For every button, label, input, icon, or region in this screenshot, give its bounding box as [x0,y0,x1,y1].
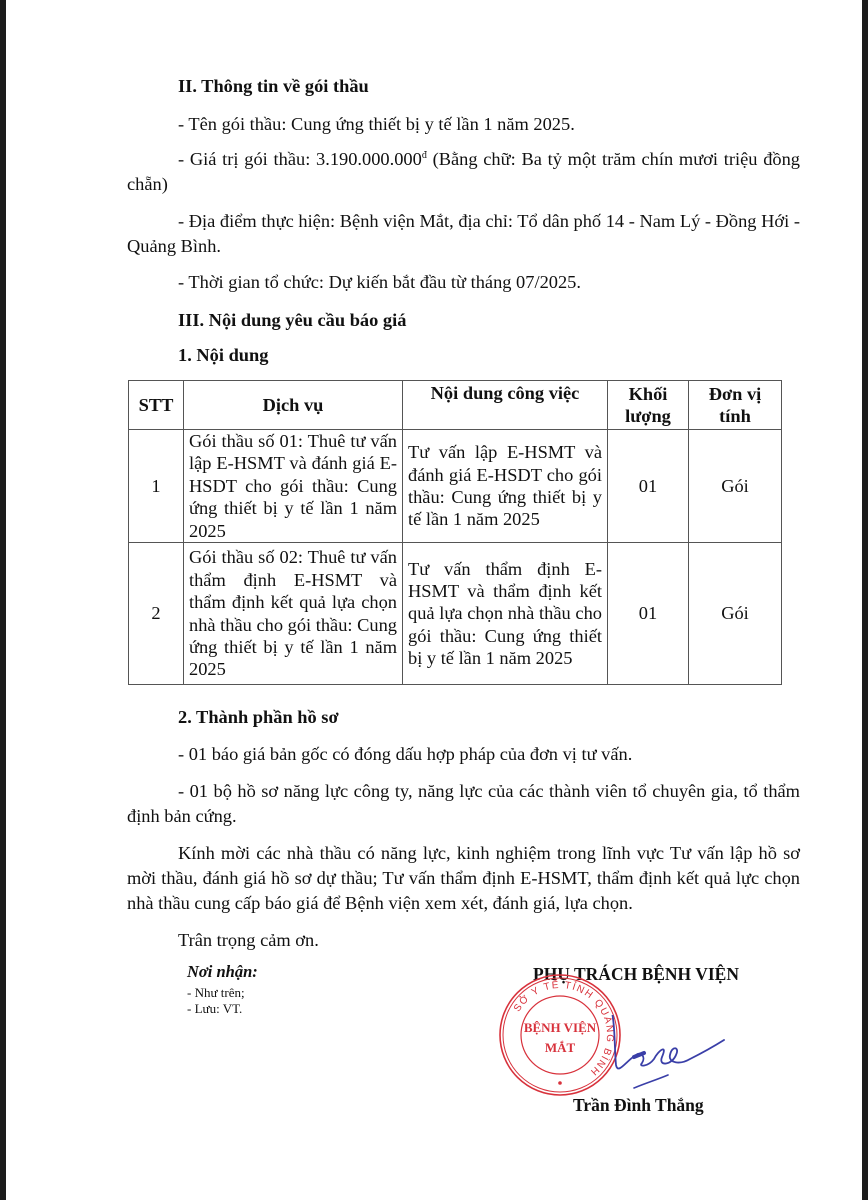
document-page: II. Thông tin về gói thầu - Tên gói thầu… [6,0,862,1200]
implementation-location: - Địa điểm thực hiện: Bệnh viện Mắt, địa… [127,209,800,259]
package-value: - Giá trị gói thầu: 3.190.000.000đ (Bằng… [127,147,800,197]
cell-service: Gói thầu số 02: Thuê tư vấn thẩm định E-… [184,543,403,685]
recipients-label: Nơi nhận: [187,962,258,982]
cell-unit: Gói [689,543,782,685]
section-3-heading: III. Nội dung yêu cầu báo giá [178,308,406,333]
hospital-stamp-icon: SỞ Y TẾ TỈNH QUẢNG BÌNH BỆNH VIỆN MẮT [496,972,624,1098]
stamp-center-line1: BỆNH VIỆN [524,1020,597,1035]
cell-unit: Gói [689,430,782,543]
header-unit: Đơn vị tính [689,381,782,430]
recipient-item: - Như trên; [187,985,245,1001]
cell-quantity: 01 [608,430,689,543]
header-stt: STT [129,381,184,430]
cell-content: Tư vấn thẩm định E-HSMT và thẩm định kết… [403,543,608,685]
cell-quantity: 01 [608,543,689,685]
services-table: STT Dịch vụ Nội dung công việc Khối lượn… [128,380,782,685]
stamp-center-line2: MẮT [545,1040,576,1055]
header-service: Dịch vụ [184,381,403,430]
document-item: - 01 bộ hồ sơ năng lực công ty, năng lực… [127,779,800,829]
table-row: 2 Gói thầu số 02: Thuê tư vấn thẩm định … [129,543,782,685]
cell-stt: 1 [129,430,184,543]
handwritten-signature-icon [606,1015,736,1090]
subsection-content-heading: 1. Nội dung [178,343,268,368]
table-header-row: STT Dịch vụ Nội dung công việc Khối lượn… [129,381,782,430]
document-item: - 01 báo giá bản gốc có đóng dấu hợp phá… [178,742,632,767]
recipient-item: - Lưu: VT. [187,1001,242,1017]
section-2-heading: II. Thông tin về gói thầu [178,74,369,99]
cell-content: Tư vấn lập E-HSMT và đánh giá E-HSDT cho… [403,430,608,543]
invitation-paragraph: Kính mời các nhà thầu có năng lực, kinh … [127,841,800,916]
signatory-name: Trần Đình Thắng [573,1093,704,1118]
cell-stt: 2 [129,543,184,685]
cell-service: Gói thầu số 01: Thuê tư vấn lập E-HSMT v… [184,430,403,543]
subsection-documents-heading: 2. Thành phần hồ sơ [178,705,339,730]
package-name: - Tên gói thầu: Cung ứng thiết bị y tế l… [178,112,575,137]
table-row: 1 Gói thầu số 01: Thuê tư vấn lập E-HSMT… [129,430,782,543]
header-content: Nội dung công việc [403,381,608,430]
closing-line: Trân trọng cảm ơn. [178,928,319,953]
header-quantity: Khối lượng [608,381,689,430]
package-value-amount: - Giá trị gói thầu: 3.190.000.000 [178,149,422,169]
organization-time: - Thời gian tổ chức: Dự kiến bắt đầu từ … [178,270,581,295]
